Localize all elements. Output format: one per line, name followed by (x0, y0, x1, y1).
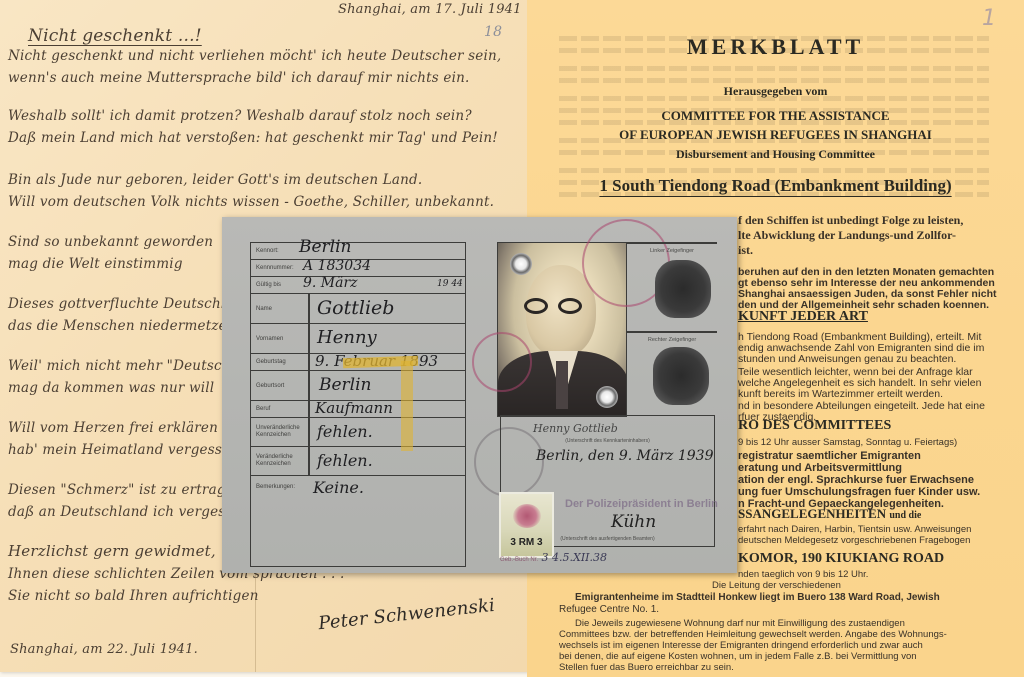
field-value: Berlin (319, 375, 372, 395)
footer-label: Geb.-Buch Nr. (500, 557, 538, 563)
letter-line: Will vom deutschen Volk nichts wissen - … (8, 194, 494, 210)
column-divider (308, 418, 310, 446)
pass-line: deutschen Meldegesetz vorgeschriebenen F… (738, 535, 970, 547)
column-divider (308, 324, 310, 353)
office-hours: 9 bis 12 Uhr ausser Samstag, Sonntag u. … (738, 437, 957, 449)
heading-komor: KOMOR, 190 KIUKIANG ROAD (738, 553, 944, 565)
field-label: Veränderliche Kennzeichen (256, 454, 306, 468)
issued-by: Herausgegeben vom (527, 84, 1024, 99)
field-label: Gültig bis (256, 282, 281, 289)
merkblatt-page-number: 1 (982, 6, 996, 31)
letter-line: das die Menschen niedermetzelt (8, 318, 237, 334)
para1-line: lte Abwicklung der Landungs-und Zollfor- (738, 229, 956, 241)
fingerprint-right-label: Rechter Zeigefinger (627, 337, 717, 343)
leitung-line: Die Leitung der verschiedenen (712, 580, 841, 592)
right-fingerprint (653, 347, 709, 405)
field-label: Geburtstag (256, 359, 286, 366)
field-row-vornamen: Vornamen Henny (251, 324, 465, 354)
fingerprint-left-label: Linker Zeigefinger (627, 248, 717, 254)
card-footer: Geb.-Buch Nr. 3 4.5.XII.38 (500, 551, 607, 564)
letter-line: Daß mein Land mich hat verstoßen: hat ge… (8, 130, 498, 146)
field-row-veraenderliche-kennzeichen: Veränderliche Kennzeichen fehlen. (251, 447, 465, 476)
field-label: Unveränderliche Kennzeichen (256, 425, 306, 439)
service-line: registratur saemtlicher Emigranten (738, 450, 921, 462)
letter-line: mag da kommen was nur will (8, 380, 214, 396)
service-line: eratung und Arbeitsvermittlung (738, 462, 902, 474)
para3-line: kunft bereits im Wartezimmer erteilt wer… (738, 388, 943, 400)
column-divider (308, 447, 310, 475)
column-divider (308, 294, 310, 323)
field-label: Beruf (256, 406, 270, 413)
field-row-unveraenderliche-kennzeichen: Unveränderliche Kennzeichen fehlen. (251, 418, 465, 447)
letter-line: wenn's auch meine Muttersprache bild' ic… (8, 70, 469, 86)
field-row-gueltig-bis: Gültig bis 9. März 19 44 (251, 277, 465, 294)
holder-signature-caption: (Unterschrift des Kennkarteninhabers) (501, 438, 714, 444)
field-value: Henny (317, 327, 377, 348)
fingerprint-area: Linker Zeigefinger Rechter Zeigefinger (627, 242, 717, 417)
field-value: Gottlieb (317, 297, 394, 319)
letter-line: Weshalb sollt' ich damit protzen? Weshal… (8, 108, 472, 124)
field-row-bemerkungen: Bemerkungen: Keine. (251, 476, 465, 567)
fee-stamp: 3 RM 3 (499, 492, 554, 558)
field-label: Vornamen (256, 336, 283, 343)
organization-line-2: OF EUROPEAN JEWISH REFUGEES IN SHANGHAI (527, 127, 1024, 143)
field-value: fehlen. (317, 451, 373, 470)
letter-line: Dieses gottverfluchte Deutschland (8, 296, 251, 312)
letter-line: daß an Deutschland ich vergesse (8, 504, 241, 520)
fingerprint-divider (627, 331, 717, 333)
fingerprint-divider (627, 242, 717, 244)
emigrantenheime-line: Emigrantenheime im Stadtteil Honkew lieg… (575, 592, 940, 604)
letter-line: Herzlichst gern gewidmet, (8, 542, 216, 560)
holder-signature: Henny Gottlieb (533, 422, 618, 435)
letter-line: Bin als Jude nur geboren, leider Gott's … (8, 172, 422, 188)
letter-line: hab' mein Heimatland vergessen (8, 442, 239, 458)
merkblatt-title: MERKBLATT (527, 34, 1024, 60)
field-row-name: Name Gottlieb (251, 294, 465, 324)
field-value: fehlen. (317, 422, 373, 441)
letter-closing-date: Shanghai, am 22. Juli 1941. (10, 642, 198, 657)
fee-stamp-value: 3 RM 3 (501, 537, 552, 548)
letter-line: Nicht geschenkt und nicht verliehen möch… (8, 48, 501, 64)
kennkarte-id-card: Kennort: Berlin Kennnummer: A 183034 Gül… (222, 217, 737, 573)
field-value: Berlin (299, 237, 352, 257)
heading-auskunft: KUNFT JEDER ART (738, 311, 868, 323)
committee-address-text: 1 South Tiendong Road (Embankment Buildi… (599, 176, 951, 195)
heading-passangelegenheiten: SSANGELEGENHEITEN und die (738, 508, 921, 522)
letter-line: Sie nicht so bald Ihren aufrichtigen (8, 588, 259, 604)
letter-date-header: Shanghai, am 17. Juli 1941 (338, 2, 522, 17)
footer-handwritten: 3 4.5.XII.38 (542, 551, 608, 564)
official-stamp-circle (472, 332, 532, 392)
official-signature: Kühn (611, 512, 656, 532)
field-row-beruf: Beruf Kaufmann (251, 401, 465, 418)
organization-line-1: COMMITTEE FOR THE ASSISTANCE (527, 108, 1024, 124)
photo-glasses (518, 298, 590, 314)
heading-pass-suffix: und die (889, 510, 921, 521)
eagle-emblem-icon (513, 504, 541, 528)
column-divider (308, 354, 310, 370)
bleed-through-text (559, 66, 989, 71)
paper-fold (255, 560, 256, 672)
bleed-through-text (559, 168, 989, 173)
id-card-fields-table: Kennort: Berlin Kennnummer: A 183034 Gül… (250, 242, 466, 567)
field-value: A 183034 (303, 258, 371, 274)
final-para-line: Stellen fuer das Buero erreichbar zu sei… (559, 662, 734, 674)
para1-line: ist. (738, 244, 753, 256)
organization-line-3: Disbursement and Housing Committee (527, 147, 1024, 162)
letter-line: Weil' mich nicht mehr "Deutscher" (8, 358, 252, 374)
para1-line: f den Schiffen ist unbedingt Folge zu le… (738, 214, 963, 226)
letter-line: Diesen "Schmerz" ist zu ertragen (8, 482, 243, 498)
para3-line: stunden und Anweisungen genau zu beachte… (738, 353, 956, 365)
service-line: ung fuer Umschulungsfragen fuer Kinder u… (738, 486, 980, 498)
column-divider (308, 401, 310, 417)
letter-signature: Peter Schwenenski (317, 595, 496, 634)
letter-title: Nicht geschenkt ...! (28, 26, 202, 46)
heading-pass-text: SSANGELEGENHEITEN (738, 506, 886, 521)
letter-page-number: 18 (484, 24, 502, 40)
field-value: 9. März (303, 275, 358, 291)
left-fingerprint (655, 260, 711, 318)
police-authority-stamp: Der Polizeipräsident in Berlin (565, 498, 718, 510)
column-divider (308, 371, 310, 400)
field-label: Kennort: (256, 248, 279, 255)
letter-line: mag die Welt einstimmig (8, 256, 183, 272)
field-value: Keine. (313, 478, 364, 497)
committee-address: 1 South Tiendong Road (Embankment Buildi… (527, 176, 1024, 196)
field-row-kennnummer: Kennnummer: A 183034 (251, 260, 465, 277)
field-label: Name (256, 306, 272, 313)
rivet-icon (596, 386, 618, 408)
field-label: Kennnummer: (256, 265, 294, 272)
letter-line: Sind so unbekannt geworden (8, 234, 213, 250)
rivet-icon (510, 253, 532, 275)
bleed-through-text (559, 78, 989, 83)
field-value: Kaufmann (315, 399, 393, 417)
field-label: Bemerkungen: (256, 484, 295, 491)
yellow-j-marking (401, 361, 413, 451)
field-label: Geburtsort (256, 383, 284, 390)
field-value-year: 19 44 (437, 279, 463, 289)
heading-buero: RO DES COMMITTEES (738, 420, 891, 432)
photo-tie (556, 361, 568, 409)
refugee-centre-line: Refugee Centre No. 1. (559, 604, 659, 616)
letter-line: Will vom Herzen frei erklären (8, 420, 218, 436)
field-row-geburtsort: Geburtsort Berlin (251, 371, 465, 401)
service-line: ation der engl. Sprachkurse fuer Erwachs… (738, 474, 974, 486)
issue-place-date: Berlin, den 9. März 1939 (536, 448, 714, 464)
